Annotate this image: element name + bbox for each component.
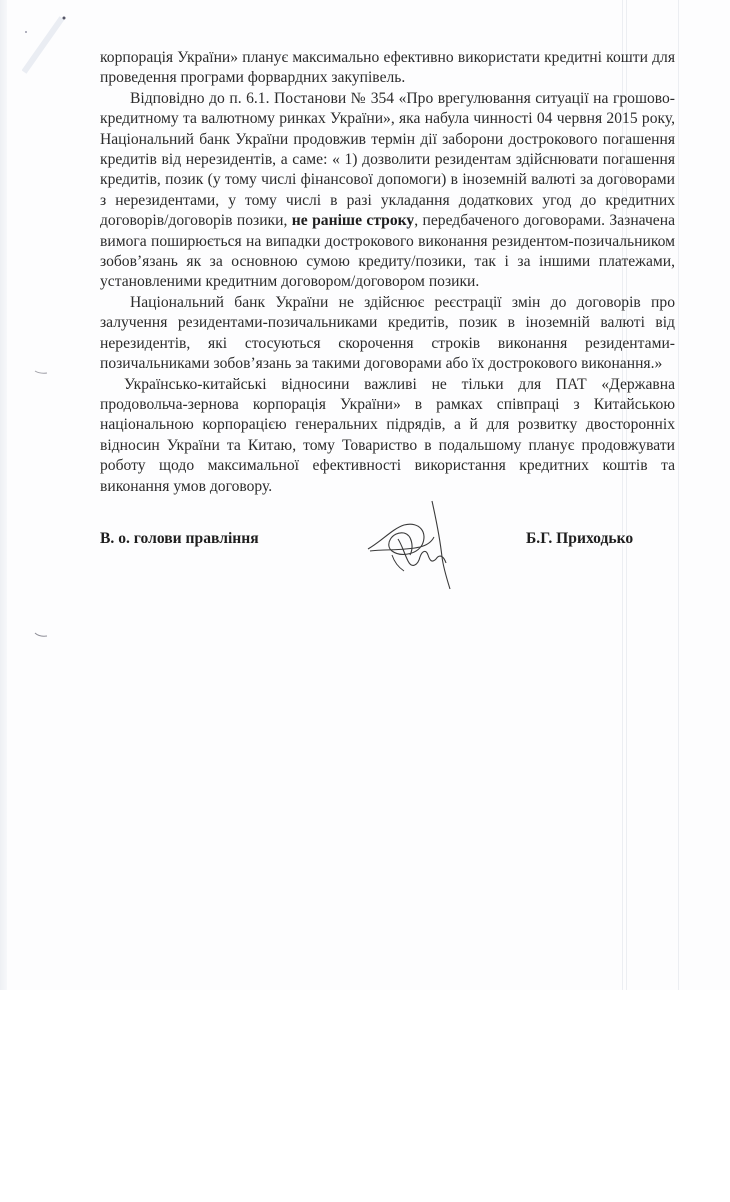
paragraph-text: Відповідно до п. 6.1. Постанови № 354 «П… [100,90,675,229]
paragraph-text: Українсько-китайські відносини важливі н… [100,376,675,495]
paragraph-ukraine-china-relations: Українсько-китайські відносини важливі н… [100,375,675,497]
scan-strip-line [678,0,679,990]
signatory-position: В. о. голови правління [100,530,259,548]
signatory-name: Б.Г. Приходько [526,530,633,548]
bold-emphasis: не раніше строку [292,212,414,229]
paragraph-continuation: корпорація України» планує максимально е… [100,48,675,89]
paragraph-text: корпорація України» планує максимально е… [100,49,675,86]
signature-block: В. о. голови правління Б.Г. Приходько [100,525,675,595]
margin-mark-icon [34,369,48,375]
document-body: корпорація України» планує максимально е… [100,48,675,497]
margin-mark-icon [34,632,48,638]
handwritten-signature-icon [362,499,472,591]
paragraph-text: Національний банк України не здійснює ре… [100,294,675,372]
paragraph-resolution-354: Відповідно до п. 6.1. Постанови № 354 «П… [100,89,675,293]
paragraph-nbu-registration: Національний банк України не здійснює ре… [100,293,675,375]
corner-scan-mark-icon [22,14,82,74]
scan-left-edge [0,0,7,990]
scanned-page: корпорація України» планує максимально е… [0,0,730,990]
